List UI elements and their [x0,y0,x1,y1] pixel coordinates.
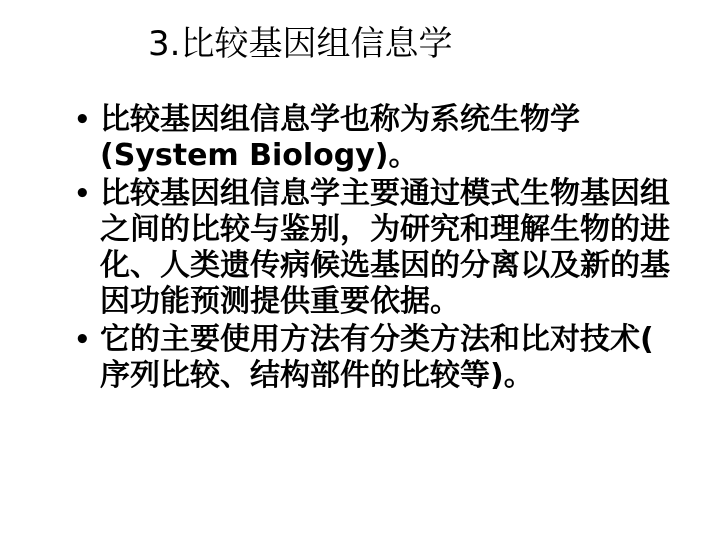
bullet-line: 比较基因组信息学也称为系统生物学 [100,102,720,138]
bullet-line: 比较基因组信息学主要通过模式生物基因组 [100,176,720,212]
bullet-line: 它的主要使用方法有分类方法和比对技术( [100,322,720,358]
bullet-list: • 比较基因组信息学也称为系统生物学 (System Biology)。 • 比… [50,102,720,396]
bullet-icon: • [74,176,91,212]
bullet-line: 因功能预测提供重要依据。 [100,284,720,320]
bullet-item: • 比较基因组信息学主要通过模式生物基因组 之间的比较与鉴别，为研究和理解生物的… [50,176,720,320]
bullet-line: 化、人类遗传病候选基因的分离以及新的基 [100,248,720,284]
bullet-item: • 比较基因组信息学也称为系统生物学 (System Biology)。 [50,102,720,174]
slide-title: 3.比较基因组信息学 [148,22,452,66]
bullet-line: (System Biology)。 [100,138,720,174]
bullet-line: 序列比较、结构部件的比较等)。 [100,358,720,394]
bullet-icon: • [74,322,91,358]
bullet-icon: • [74,102,91,138]
bullet-item: • 它的主要使用方法有分类方法和比对技术( 序列比较、结构部件的比较等)。 [50,322,720,394]
bullet-line: 之间的比较与鉴别，为研究和理解生物的进 [100,212,720,248]
